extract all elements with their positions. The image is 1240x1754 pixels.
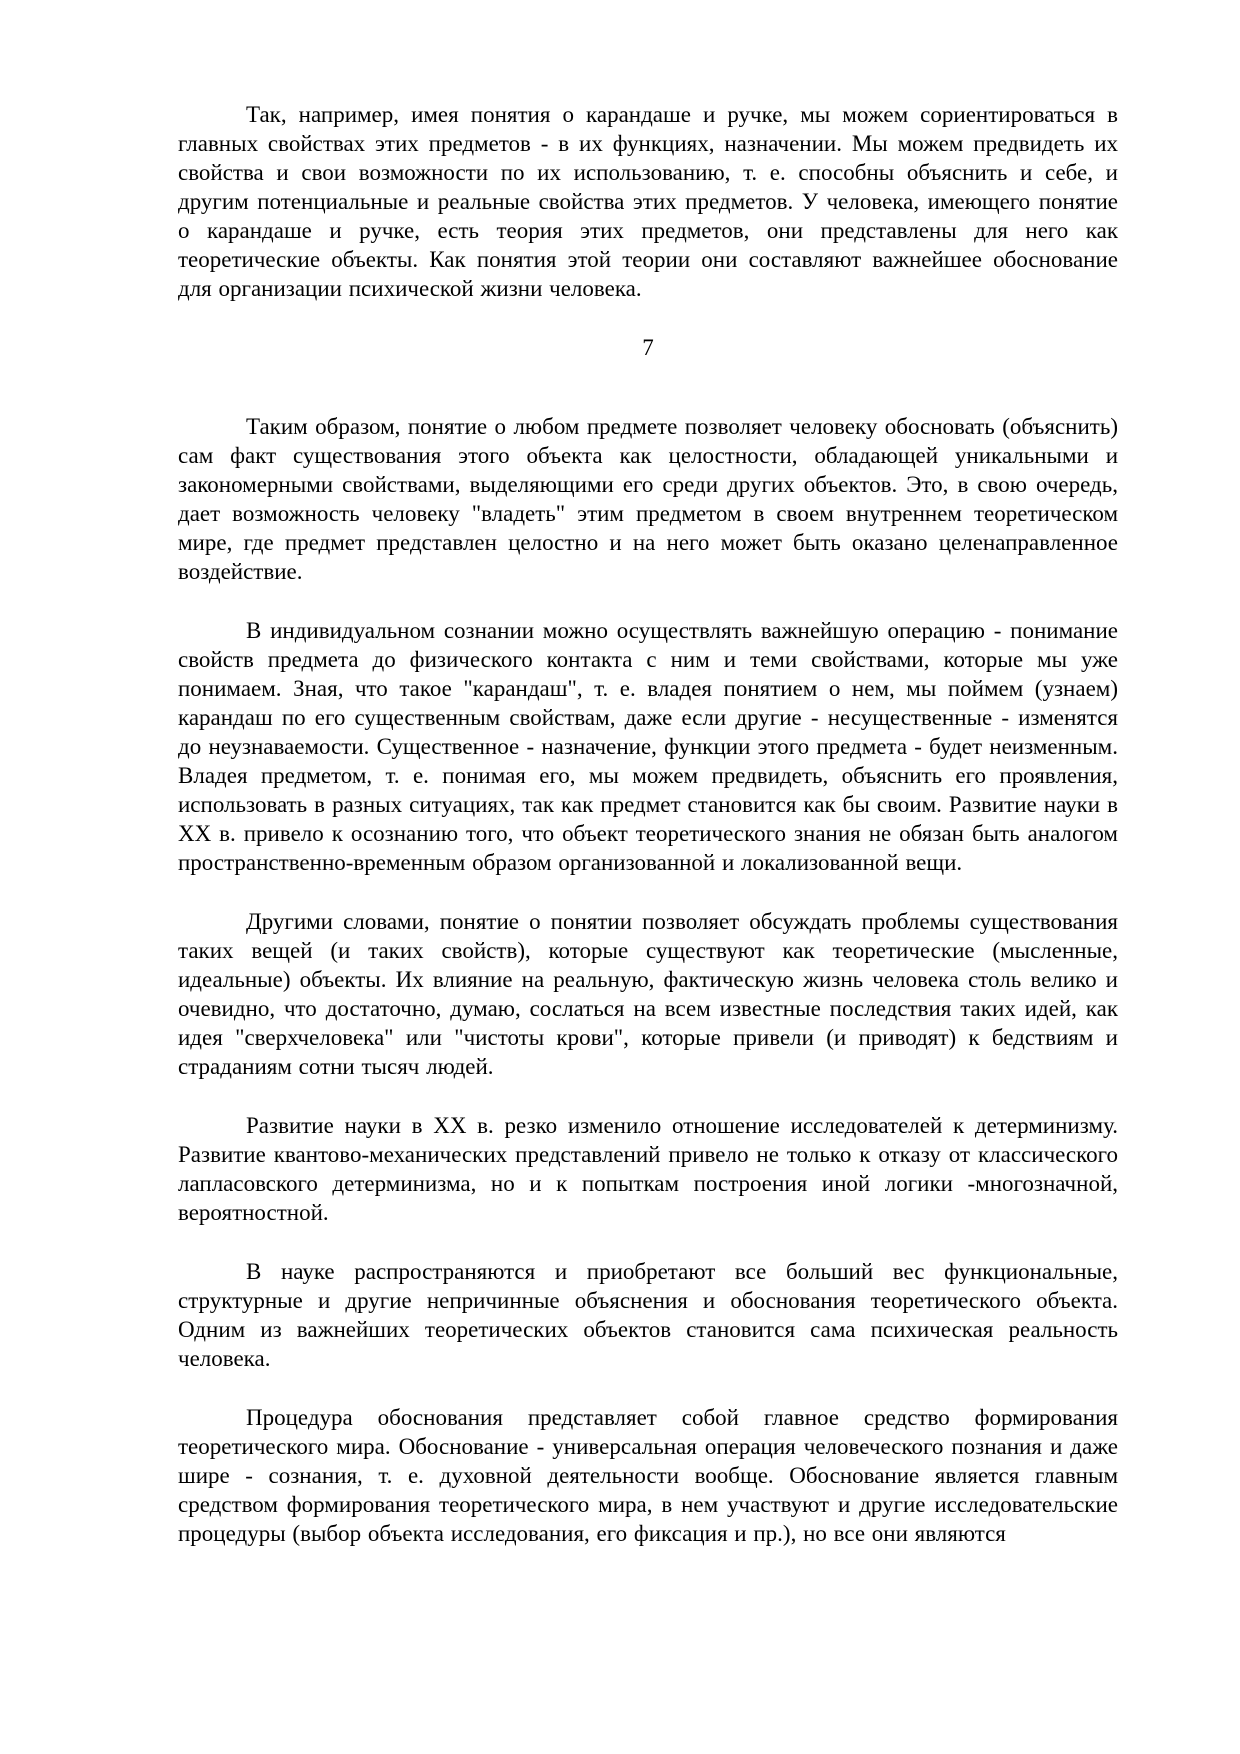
paragraph: Таким образом, понятие о любом предмете …	[178, 412, 1118, 586]
paragraph: Развитие науки в XX в. резко изменило от…	[178, 1111, 1118, 1227]
document-page: Так, например, имея понятия о карандаше …	[0, 0, 1240, 1754]
paragraph: В индивидуальном сознании можно осуществ…	[178, 616, 1118, 877]
paragraph: Другими словами, понятие о понятии позво…	[178, 907, 1118, 1081]
paragraph: Процедура обоснования представляет собой…	[178, 1403, 1118, 1548]
paragraph: Так, например, имея понятия о карандаше …	[178, 100, 1118, 303]
page-number: 7	[178, 333, 1118, 362]
paragraph: В науке распространяются и приобретают в…	[178, 1257, 1118, 1373]
